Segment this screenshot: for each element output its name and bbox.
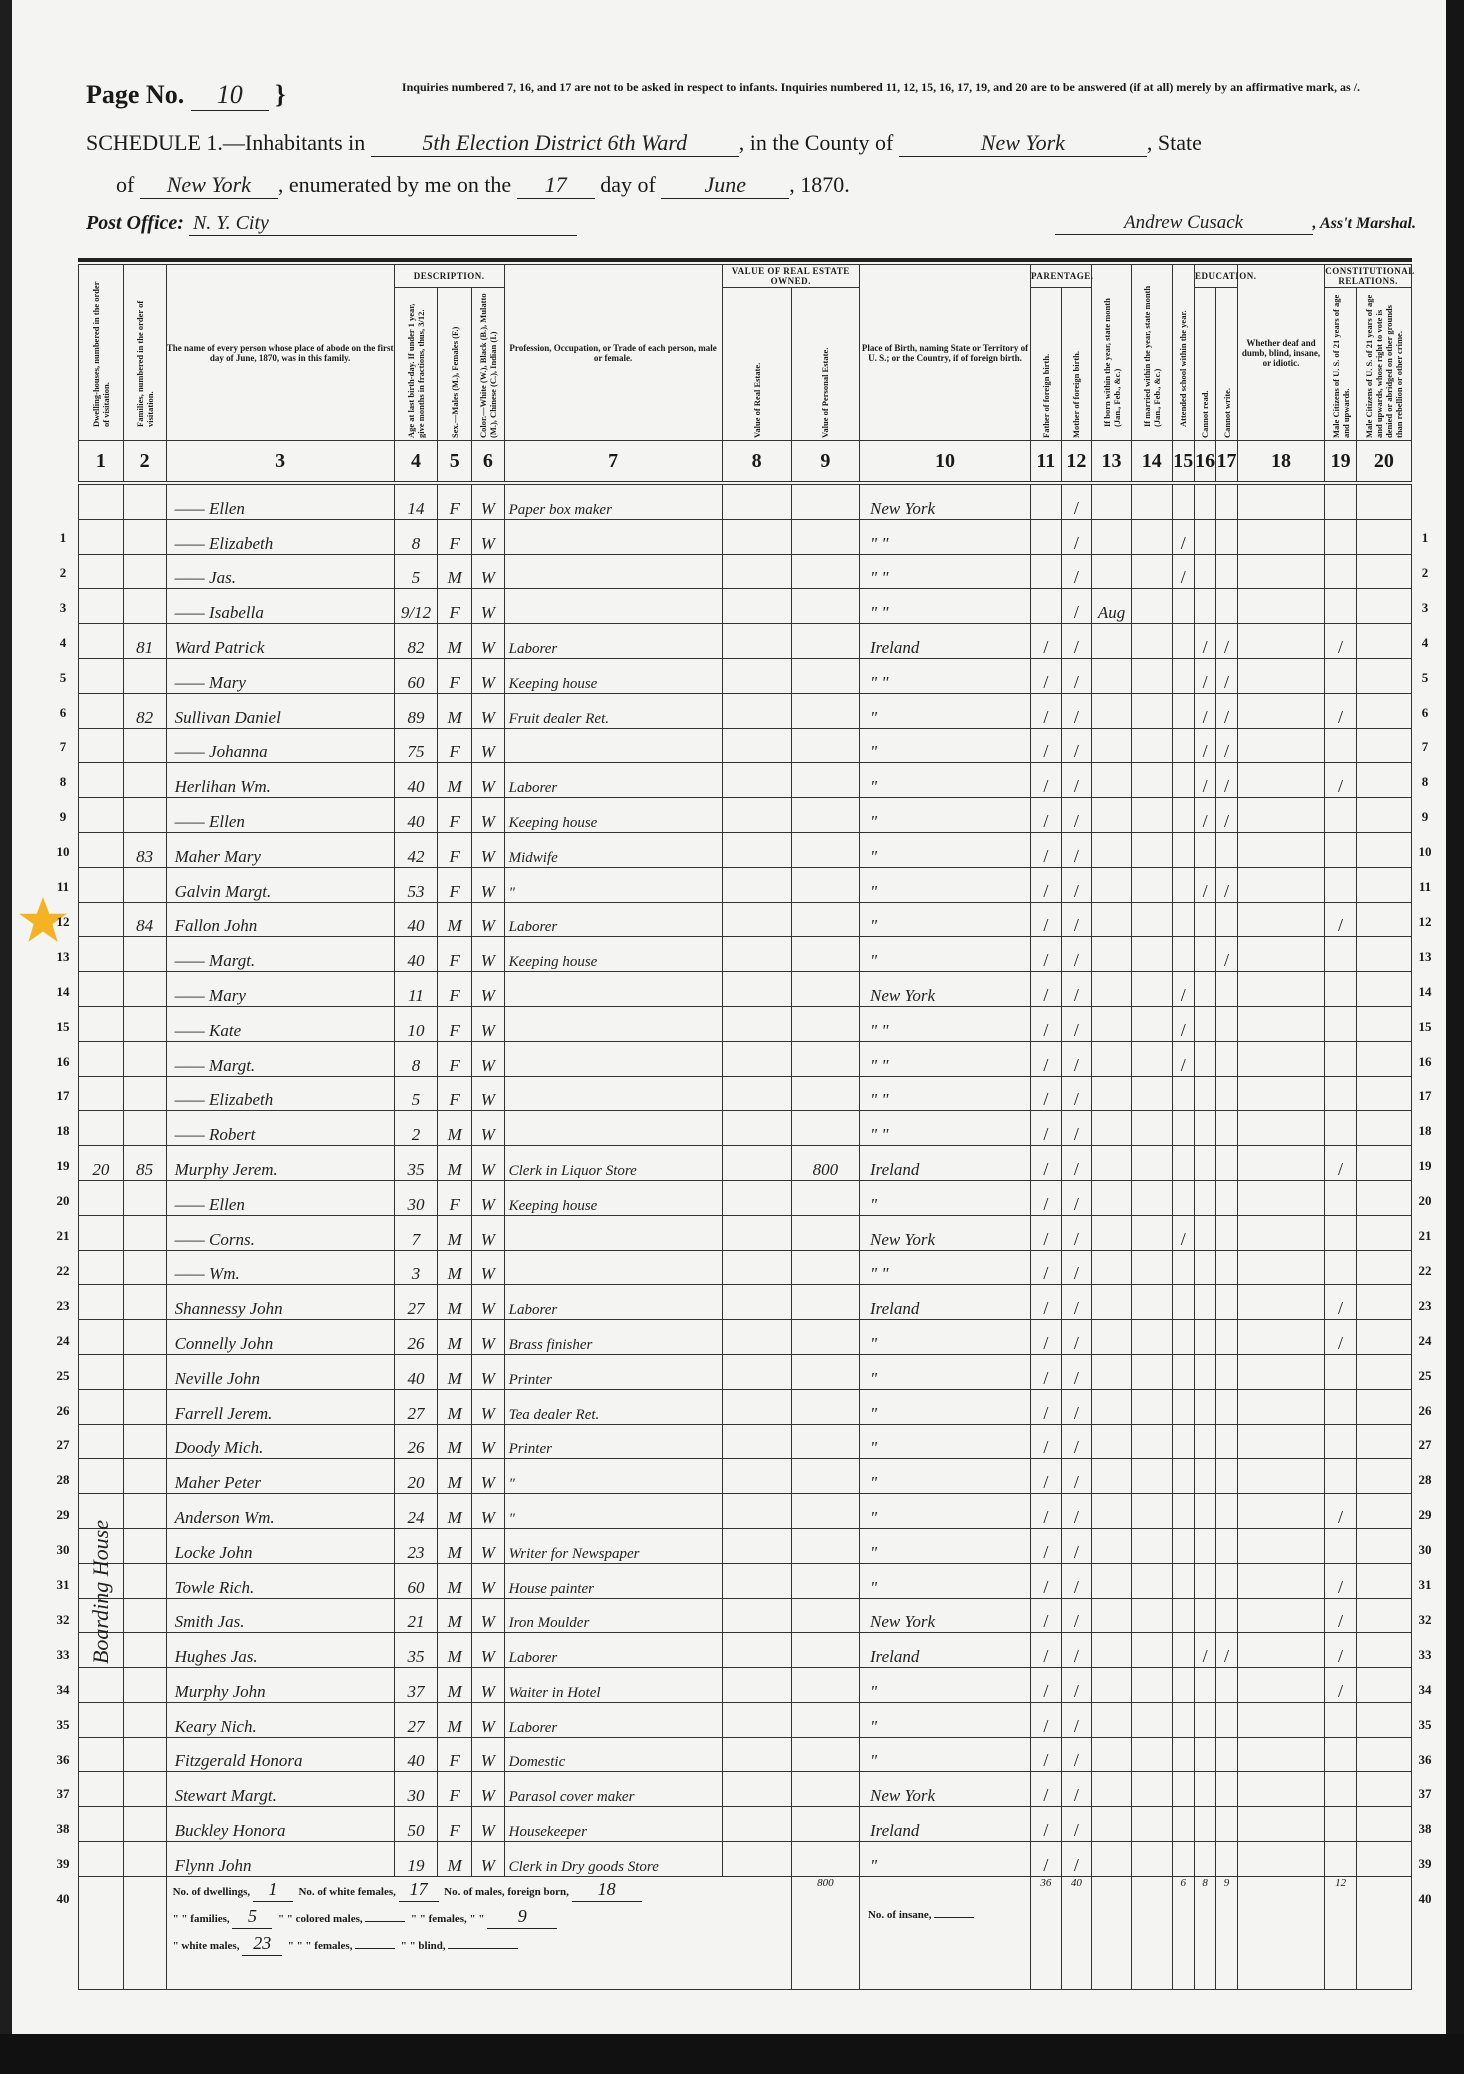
school-mark: [1172, 483, 1194, 519]
person-name: Maher Peter: [166, 1459, 394, 1494]
sex: M: [438, 902, 472, 937]
state-field: New York: [140, 172, 278, 199]
color: W: [472, 1180, 505, 1215]
column-number: 18: [1237, 441, 1325, 484]
family-number: [123, 519, 166, 554]
citizen-mark: /: [1325, 1668, 1357, 1703]
cannot-write-mark: [1216, 1842, 1237, 1877]
citizen-mark: /: [1325, 1563, 1357, 1598]
scan-border-bottom: [0, 2034, 1464, 2074]
married-month: [1131, 519, 1172, 554]
family-number: [123, 483, 166, 519]
age: 19: [394, 1842, 438, 1877]
vote-denied-mark: [1356, 1459, 1411, 1494]
cannot-write-mark: [1216, 1354, 1237, 1389]
line-number-right: 37: [1412, 1786, 1438, 1802]
cannot-write-mark: [1216, 1111, 1237, 1146]
color: W: [472, 1668, 505, 1703]
school-mark: [1172, 693, 1194, 728]
census-grid: Dwelling-houses, numbered in the order o…: [78, 258, 1412, 1990]
header-father-foreign: Father of foreign birth.: [1031, 288, 1062, 441]
line-number-right: 5: [1412, 670, 1438, 686]
family-number: [123, 1842, 166, 1877]
person-name: Ward Patrick: [166, 624, 394, 659]
family-number: 83: [123, 832, 166, 867]
color: W: [472, 1111, 505, 1146]
color: W: [472, 902, 505, 937]
real-estate-value: [722, 902, 791, 937]
occupation: Brass finisher: [504, 1320, 722, 1355]
sex: F: [438, 1006, 472, 1041]
cannot-write-mark: /: [1216, 693, 1237, 728]
mother-foreign-mark: /: [1061, 972, 1092, 1007]
line-number-right: 13: [1412, 949, 1438, 965]
sex: M: [438, 1459, 472, 1494]
header-dwelling: Dwelling-houses, numbered in the order o…: [79, 265, 124, 441]
cannot-read-mark: [1194, 1494, 1215, 1529]
citizen-mark: /: [1325, 1633, 1357, 1668]
line-number-left: 20: [50, 1193, 76, 1209]
birthplace: " ": [859, 1076, 1030, 1111]
cannot-write-mark: [1216, 1528, 1237, 1563]
cannot-write-mark: /: [1216, 867, 1237, 902]
cannot-read-mark: [1194, 589, 1215, 624]
school-mark: [1172, 1737, 1194, 1772]
citizen-mark: /: [1325, 1598, 1357, 1633]
line-number-right: 8: [1412, 774, 1438, 790]
color: W: [472, 728, 505, 763]
person-name: Farrell Jerem.: [166, 1389, 394, 1424]
occupation: [504, 1006, 722, 1041]
deaf-dumb: [1237, 1389, 1325, 1424]
real-estate-value: [722, 832, 791, 867]
birthplace: ": [859, 763, 1030, 798]
header-real-estate: Value of Real Estate.: [722, 288, 791, 441]
header-family: Families, numbered in the order of visit…: [123, 265, 166, 441]
page-number: 10: [191, 80, 269, 111]
dwelling-number: [79, 1389, 124, 1424]
cannot-read-mark: [1194, 1459, 1215, 1494]
person-name: Anderson Wm.: [166, 1494, 394, 1529]
deaf-dumb: [1237, 1459, 1325, 1494]
sex: F: [438, 1180, 472, 1215]
age: 23: [394, 1528, 438, 1563]
post-office-field: N. Y. City: [189, 212, 577, 236]
colored-females-count: [355, 1948, 395, 1949]
page-label: Page No.: [86, 80, 184, 109]
column-number: 15: [1172, 441, 1194, 484]
vote-denied-mark: [1356, 624, 1411, 659]
citizen-mark: [1325, 1041, 1357, 1076]
person-name: —— Ellen: [166, 483, 394, 519]
age: 40: [394, 902, 438, 937]
school-mark: [1172, 1250, 1194, 1285]
table-row: —— Margt.40FWKeeping house"///: [79, 937, 1412, 972]
deaf-dumb: [1237, 1668, 1325, 1703]
vote-denied-mark: [1356, 728, 1411, 763]
cannot-read-mark: [1194, 1250, 1215, 1285]
born-month: [1092, 867, 1132, 902]
school-mark: [1172, 1180, 1194, 1215]
cannot-write-mark: [1216, 1563, 1237, 1598]
father-foreign-mark: /: [1031, 1041, 1062, 1076]
marshal-signature: Andrew Cusack: [1055, 212, 1313, 235]
personal-estate-value: [791, 728, 859, 763]
person-name: Herlihan Wm.: [166, 763, 394, 798]
line-number-right: 12: [1412, 914, 1438, 930]
vote-denied-mark: [1356, 1146, 1411, 1181]
married-month: [1131, 1215, 1172, 1250]
vote-denied-mark: [1356, 937, 1411, 972]
cannot-read-mark: [1194, 937, 1215, 972]
age: 5: [394, 554, 438, 589]
age: 50: [394, 1807, 438, 1842]
color: W: [472, 1076, 505, 1111]
cannot-read-mark: [1194, 1598, 1215, 1633]
occupation: [504, 1041, 722, 1076]
color: W: [472, 1285, 505, 1320]
females-foreign-count: 9: [487, 1904, 557, 1929]
born-month: [1092, 1250, 1132, 1285]
married-month: [1131, 728, 1172, 763]
line-number-right: 11: [1412, 879, 1438, 895]
cannot-write-mark: [1216, 1041, 1237, 1076]
cannot-read-mark: [1194, 902, 1215, 937]
birthplace: ": [859, 1354, 1030, 1389]
married-month: [1131, 1807, 1172, 1842]
school-mark: [1172, 1494, 1194, 1529]
occupation: Laborer: [504, 1285, 722, 1320]
cannot-write-mark: [1216, 1076, 1237, 1111]
cannot-read-mark: /: [1194, 624, 1215, 659]
school-mark: /: [1172, 1006, 1194, 1041]
line-number-right: 27: [1412, 1437, 1438, 1453]
line-number-right: 40: [1412, 1891, 1438, 1907]
vote-denied-mark: [1356, 1180, 1411, 1215]
cannot-write-mark: /: [1216, 763, 1237, 798]
birthplace: ": [859, 693, 1030, 728]
cannot-read-mark: [1194, 972, 1215, 1007]
school-mark: [1172, 867, 1194, 902]
table-row: —— Wm.3MW" "//: [79, 1250, 1412, 1285]
family-number: [123, 1076, 166, 1111]
age: 20: [394, 1459, 438, 1494]
column-number: 1: [79, 441, 124, 484]
table-row: Connelly John26MWBrass finisher"///: [79, 1320, 1412, 1355]
sex: F: [438, 937, 472, 972]
cannot-read-mark: /: [1194, 867, 1215, 902]
color: W: [472, 1006, 505, 1041]
cannot-write-mark: [1216, 902, 1237, 937]
born-month: [1092, 1424, 1132, 1459]
cannot-read-mark: [1194, 1354, 1215, 1389]
school-mark: [1172, 832, 1194, 867]
father-foreign-mark: /: [1031, 1389, 1062, 1424]
school-mark: [1172, 589, 1194, 624]
birthplace: New York: [859, 1772, 1030, 1807]
mother-foreign-mark: /: [1061, 1320, 1092, 1355]
family-number: [123, 1389, 166, 1424]
birthplace: ": [859, 1389, 1030, 1424]
mother-foreign-mark: /: [1061, 867, 1092, 902]
occupation: Paper box maker: [504, 483, 722, 519]
personal-estate-value: [791, 902, 859, 937]
citizen-mark: [1325, 1737, 1357, 1772]
deaf-dumb: [1237, 693, 1325, 728]
real-estate-value: [722, 589, 791, 624]
instructions-note: Inquiries numbered 7, 16, and 17 are not…: [346, 80, 1416, 95]
family-number: 84: [123, 902, 166, 937]
column-number: 3: [166, 441, 394, 484]
line-number-right: 25: [1412, 1368, 1438, 1384]
deaf-dumb: [1237, 658, 1325, 693]
table-row: 81Ward Patrick82MWLaborerIreland/////: [79, 624, 1412, 659]
person-name: Sullivan Daniel: [166, 693, 394, 728]
mother-foreign-mark: /: [1061, 1528, 1092, 1563]
marshal-label: , Ass't Marshal.: [1313, 215, 1416, 232]
line-number-right: 9: [1412, 809, 1438, 825]
personal-estate-value: [791, 798, 859, 833]
born-month: [1092, 519, 1132, 554]
deaf-dumb: [1237, 1494, 1325, 1529]
dwelling-number: [79, 1215, 124, 1250]
vote-denied-mark: [1356, 1285, 1411, 1320]
sex: M: [438, 1354, 472, 1389]
mother-foreign-mark: /: [1061, 554, 1092, 589]
citizen-mark: /: [1325, 693, 1357, 728]
occupation: Laborer: [504, 1633, 722, 1668]
cannot-read-mark: [1194, 1111, 1215, 1146]
real-estate-value: [722, 1702, 791, 1737]
cannot-write-mark: [1216, 554, 1237, 589]
day-field: 17: [517, 172, 595, 199]
age: 40: [394, 763, 438, 798]
dwelling-number: [79, 483, 124, 519]
dwelling-number: [79, 554, 124, 589]
mother-foreign-mark: /: [1061, 763, 1092, 798]
occupation: [504, 1111, 722, 1146]
family-number: [123, 589, 166, 624]
vote-denied-mark: [1356, 1389, 1411, 1424]
occupation: Waiter in Hotel: [504, 1668, 722, 1703]
person-name: Locke John: [166, 1528, 394, 1563]
family-number: [123, 1807, 166, 1842]
cannot-write-mark: /: [1216, 1633, 1237, 1668]
column-number: 9: [791, 441, 859, 484]
line-number-left: 33: [50, 1647, 76, 1663]
school-mark: [1172, 1354, 1194, 1389]
person-name: —— Kate: [166, 1006, 394, 1041]
header-cannot-write: Cannot write.: [1216, 288, 1237, 441]
person-name: Flynn John: [166, 1842, 394, 1877]
birthplace: " ": [859, 554, 1030, 589]
cannot-read-mark: [1194, 519, 1215, 554]
column-number: 16: [1194, 441, 1215, 484]
cannot-write-mark: /: [1216, 798, 1237, 833]
school-mark: [1172, 1528, 1194, 1563]
school-mark: /: [1172, 519, 1194, 554]
school-mark: [1172, 798, 1194, 833]
table-row: Flynn John19MWClerk in Dry goods Store"/…: [79, 1842, 1412, 1877]
father-foreign-mark: /: [1031, 1076, 1062, 1111]
married-month: [1131, 832, 1172, 867]
born-month: [1092, 1285, 1132, 1320]
deaf-dumb: [1237, 1598, 1325, 1633]
scan-border-left: [0, 0, 12, 2074]
table-row: Shannessy John27MWLaborerIreland///: [79, 1285, 1412, 1320]
personal-estate-value: [791, 1842, 859, 1877]
cannot-write-mark: [1216, 1494, 1237, 1529]
citizen-mark: /: [1325, 902, 1357, 937]
mother-foreign-mark: /: [1061, 1041, 1092, 1076]
vote-denied-mark: [1356, 554, 1411, 589]
age: 14: [394, 483, 438, 519]
person-name: —— Jas.: [166, 554, 394, 589]
column-numbers-row: 1234567891011121314151617181920: [79, 441, 1412, 484]
school-mark: [1172, 1598, 1194, 1633]
cannot-write-mark: [1216, 589, 1237, 624]
occupation: ": [504, 867, 722, 902]
color: W: [472, 1250, 505, 1285]
citizen-mark: [1325, 519, 1357, 554]
header-parentage-group: PARENTAGE.: [1031, 265, 1092, 288]
vote-denied-mark: [1356, 483, 1411, 519]
dwelling-number: [79, 589, 124, 624]
person-name: Hughes Jas.: [166, 1633, 394, 1668]
mother-foreign-mark: /: [1061, 1111, 1092, 1146]
vote-denied-mark: [1356, 1111, 1411, 1146]
deaf-dumb: [1237, 728, 1325, 763]
line-number-right: 21: [1412, 1228, 1438, 1244]
post-office-label: Post Office:: [86, 212, 184, 234]
birthplace: ": [859, 728, 1030, 763]
school-mark: [1172, 1668, 1194, 1703]
page-number-line: Page No. 10 }: [86, 80, 285, 111]
school-mark: /: [1172, 554, 1194, 589]
dwelling-number: [79, 972, 124, 1007]
cannot-read-mark: [1194, 1668, 1215, 1703]
summary-row: No. of dwellings, 1 No. of white females…: [79, 1876, 1412, 1989]
real-estate-value: [722, 937, 791, 972]
sex: F: [438, 483, 472, 519]
married-month: [1131, 1598, 1172, 1633]
born-month: [1092, 658, 1132, 693]
age: 40: [394, 1737, 438, 1772]
deaf-dumb: [1237, 902, 1325, 937]
line-number-right: 28: [1412, 1472, 1438, 1488]
line-number-left: 15: [50, 1019, 76, 1035]
deaf-dumb: [1237, 483, 1325, 519]
sex: F: [438, 658, 472, 693]
father-foreign-mark: /: [1031, 1772, 1062, 1807]
sex: F: [438, 1076, 472, 1111]
person-name: Fitzgerald Honora: [166, 1737, 394, 1772]
married-month: [1131, 763, 1172, 798]
school-mark: [1172, 1807, 1194, 1842]
person-name: Murphy John: [166, 1668, 394, 1703]
table-row: —— Mary11FWNew York///: [79, 972, 1412, 1007]
header-personal-estate: Value of Personal Estate.: [791, 288, 859, 441]
cannot-read-mark: [1194, 554, 1215, 589]
mother-foreign-mark: /: [1061, 1459, 1092, 1494]
school-mark: [1172, 1146, 1194, 1181]
citizen-mark: [1325, 1076, 1357, 1111]
mother-foreign-mark: /: [1061, 1215, 1092, 1250]
married-month: [1131, 798, 1172, 833]
boarding-house-margin-note: Boarding House: [88, 1520, 128, 1810]
deaf-dumb: [1237, 867, 1325, 902]
occupation: Domestic: [504, 1737, 722, 1772]
married-month: [1131, 867, 1172, 902]
column-number: 11: [1031, 441, 1062, 484]
line-number-left: 28: [50, 1472, 76, 1488]
personal-estate-value: [791, 972, 859, 1007]
table-row: Keary Nich.27MWLaborer"//: [79, 1702, 1412, 1737]
age: 11: [394, 972, 438, 1007]
sex: M: [438, 693, 472, 728]
age: 35: [394, 1146, 438, 1181]
personal-estate-value: [791, 519, 859, 554]
line-number-left: 16: [50, 1054, 76, 1070]
table-row: —— Kate10FW" "///: [79, 1006, 1412, 1041]
column-number: 20: [1356, 441, 1411, 484]
citizen-mark: [1325, 972, 1357, 1007]
mother-foreign-mark: /: [1061, 519, 1092, 554]
family-number: [123, 1528, 166, 1563]
vote-denied-mark: [1356, 1076, 1411, 1111]
real-estate-value: [722, 1563, 791, 1598]
cannot-write-mark: [1216, 1459, 1237, 1494]
dwellings-count: 1: [253, 1877, 293, 1902]
married-month: [1131, 1494, 1172, 1529]
enumerated-label: , enumerated by me on the: [278, 172, 511, 197]
family-number: [123, 1041, 166, 1076]
father-foreign-mark: /: [1031, 972, 1062, 1007]
citizen-mark: [1325, 832, 1357, 867]
family-number: [123, 1285, 166, 1320]
married-month: [1131, 1424, 1172, 1459]
cannot-read-mark: [1194, 1320, 1215, 1355]
citizen-mark: [1325, 554, 1357, 589]
married-month: [1131, 1354, 1172, 1389]
person-name: Connelly John: [166, 1320, 394, 1355]
line-number-right: 33: [1412, 1647, 1438, 1663]
age: 27: [394, 1702, 438, 1737]
table-row: Locke John23MWWriter for Newspaper"//: [79, 1528, 1412, 1563]
line-number-right: 22: [1412, 1263, 1438, 1279]
vote-denied-mark: [1356, 589, 1411, 624]
family-number: [123, 1111, 166, 1146]
cannot-write-mark: [1216, 1285, 1237, 1320]
father-foreign-mark: /: [1031, 763, 1062, 798]
line-number-right: 16: [1412, 1054, 1438, 1070]
table-row: Anderson Wm.24MW""///: [79, 1494, 1412, 1529]
family-number: [123, 1354, 166, 1389]
citizen-mark: [1325, 937, 1357, 972]
age: 24: [394, 1494, 438, 1529]
dwelling-number: [79, 798, 124, 833]
dwelling-number: [79, 1250, 124, 1285]
father-foreign-mark: /: [1031, 1563, 1062, 1598]
sex: F: [438, 519, 472, 554]
occupation: Keeping house: [504, 937, 722, 972]
person-name: Keary Nich.: [166, 1702, 394, 1737]
cannot-read-mark: [1194, 1563, 1215, 1598]
sex: M: [438, 1320, 472, 1355]
color: W: [472, 658, 505, 693]
deaf-dumb: [1237, 1146, 1325, 1181]
census-table: Dwelling-houses, numbered in the order o…: [78, 264, 1412, 1990]
